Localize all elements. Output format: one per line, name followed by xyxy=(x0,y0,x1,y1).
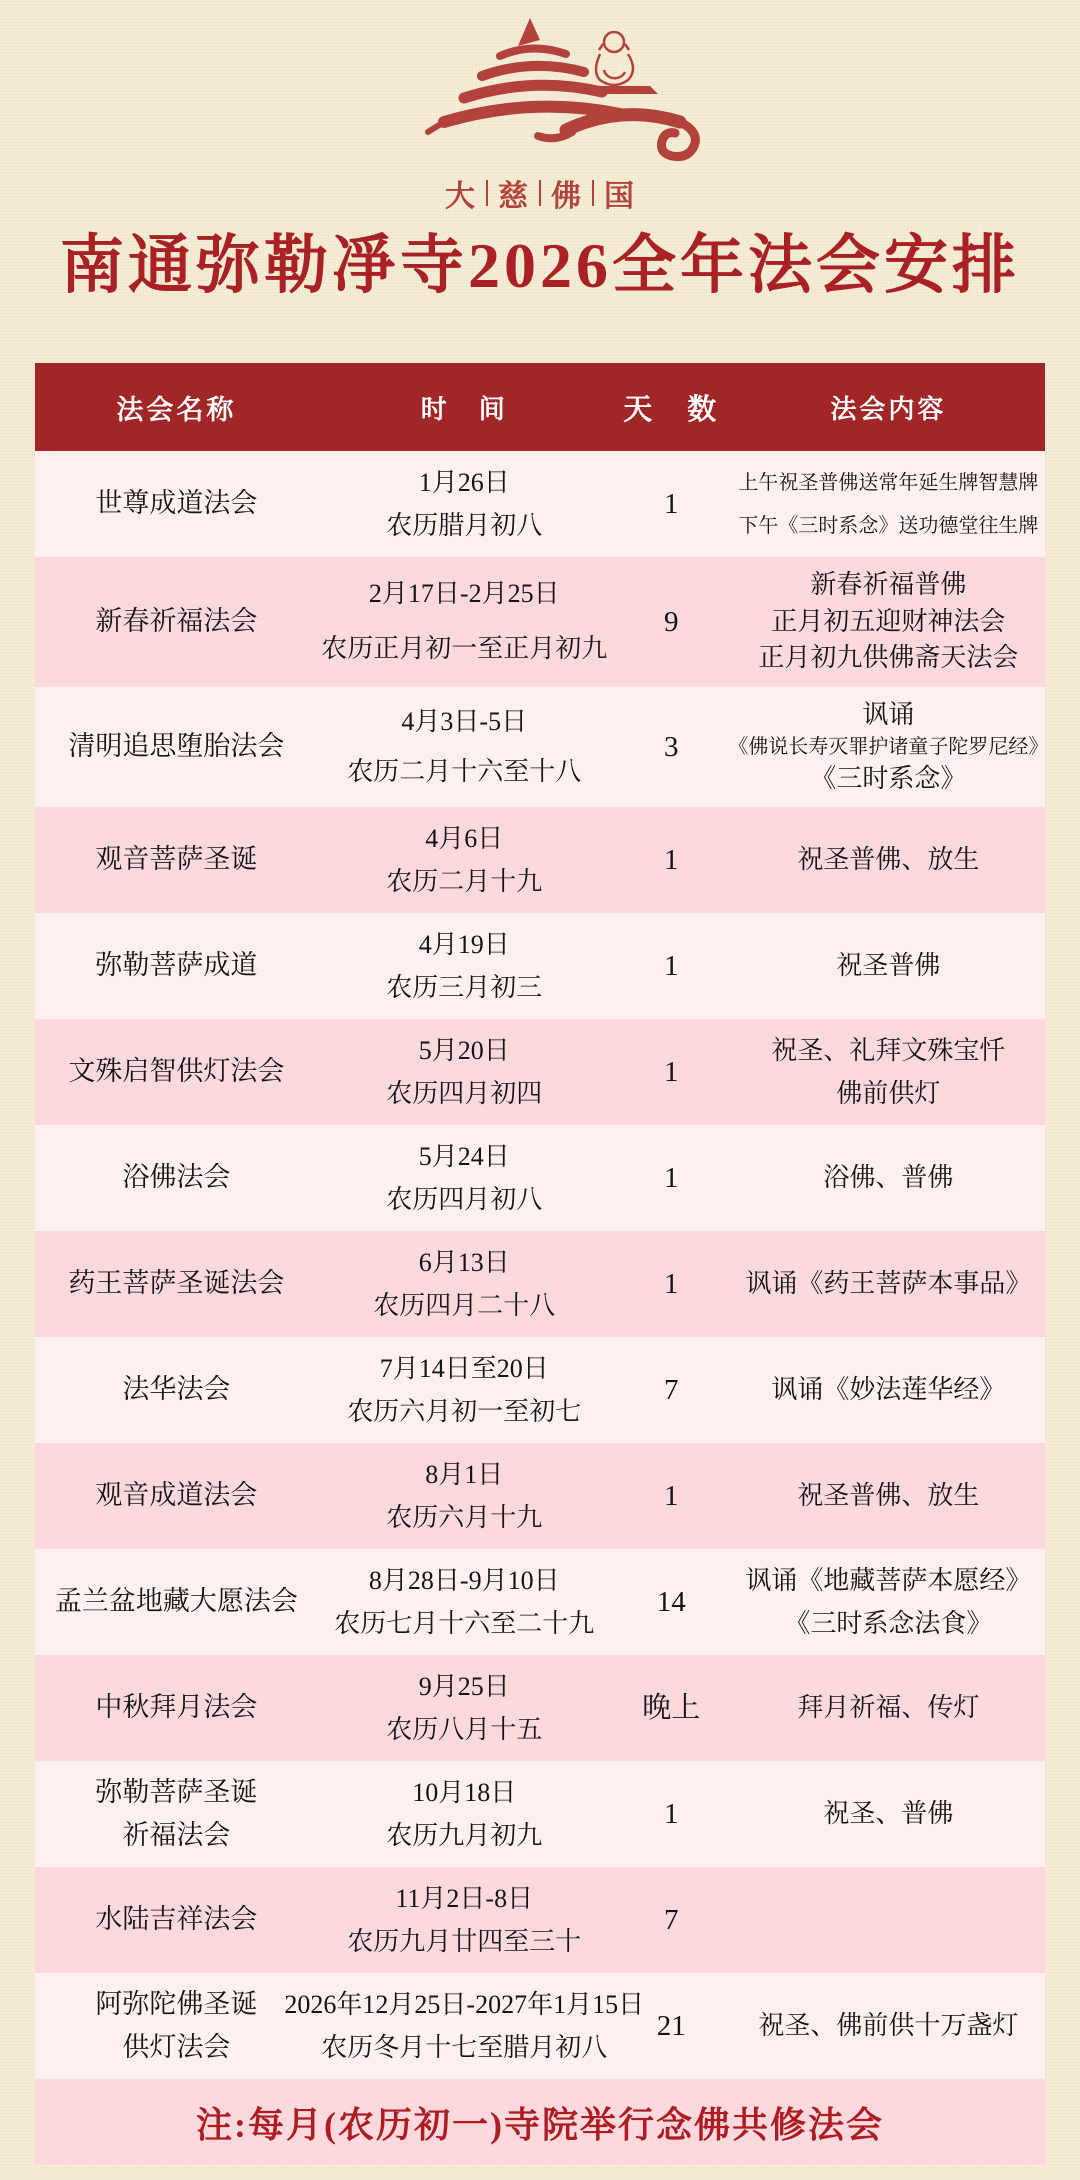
event-content-cell: 祝圣普佛 xyxy=(732,913,1045,1019)
schedule-table-body: 世尊成道法会1月26日农历腊月初八1上午祝圣普佛送常年延生牌智慧牌下午《三时系念… xyxy=(35,451,1045,2079)
event-content-cell-line: 上午祝圣普佛送常年延生牌智慧牌 xyxy=(738,469,1038,497)
logo-char: 佛 xyxy=(551,171,582,215)
table-row: 弥勒菩萨圣诞祈福法会10月18日农历九月初九1祝圣、普佛 xyxy=(35,1761,1045,1867)
event-name-cell-line: 药王菩萨圣诞法会 xyxy=(68,1265,284,1303)
header-days: 天 数 xyxy=(611,387,732,428)
event-name-cell-line: 弥勒菩萨成道 xyxy=(95,947,257,985)
event-time-cell-line: 11月2日-8日 xyxy=(395,1881,533,1917)
event-name-cell: 弥勒菩萨成道 xyxy=(35,913,318,1019)
event-content-cell-line: 《佛说长寿灭罪护诸童子陀罗尼经》 xyxy=(728,733,1048,761)
logo-divider xyxy=(539,180,541,206)
event-days-cell-line: 9 xyxy=(664,602,679,643)
event-name-cell: 文殊启智供灯法会 xyxy=(35,1019,318,1125)
table-row: 中秋拜月法会9月25日农历八月十五晚上拜月祈福、传灯 xyxy=(35,1655,1045,1761)
event-time-cell-line: 农历九月初九 xyxy=(386,1818,542,1854)
event-content-cell: 讽诵《地藏菩萨本愿经》《三时系念法食》 xyxy=(732,1549,1045,1655)
event-days-cell-line: 1 xyxy=(664,1476,679,1517)
event-time-cell-line: 5月24日 xyxy=(419,1139,510,1175)
event-days-cell-line: 7 xyxy=(664,1900,679,1941)
event-name-cell-line: 孟兰盆地藏大愿法会 xyxy=(55,1583,298,1621)
event-days-cell: 1 xyxy=(611,1019,732,1125)
event-name-cell-line: 祈福法会 xyxy=(122,1817,230,1855)
event-name-cell-line: 世尊成道法会 xyxy=(95,485,257,523)
table-row: 水陆吉祥法会11月2日-8日农历九月廿四至三十7 xyxy=(35,1867,1045,1973)
event-time-cell-line: 9月25日 xyxy=(419,1669,510,1705)
table-row: 清明追思堕胎法会4月3日-5日农历二月十六至十八3讽诵《佛说长寿灭罪护诸童子陀罗… xyxy=(35,687,1045,808)
event-content-cell-line: 祝圣普佛、放生 xyxy=(797,842,979,878)
event-content-cell: 祝圣、普佛 xyxy=(732,1761,1045,1867)
event-name-cell-line: 法华法会 xyxy=(122,1371,230,1409)
event-name-cell-line: 弥勒菩萨圣诞 xyxy=(95,1774,257,1812)
event-name-cell: 世尊成道法会 xyxy=(35,451,318,557)
event-time-cell-line: 农历冬月十七至腊月初八 xyxy=(321,2030,607,2066)
table-row: 文殊启智供灯法会5月20日农历四月初四1祝圣、礼拜文殊宝忏佛前供灯 xyxy=(35,1019,1045,1125)
table-row: 观音成道法会8月1日农历六月十九1祝圣普佛、放生 xyxy=(35,1443,1045,1549)
event-name-cell-line: 新春祈福法会 xyxy=(95,603,257,641)
event-days-cell-line: 1 xyxy=(664,946,679,987)
event-days-cell: 7 xyxy=(611,1337,732,1443)
logo-char: 慈 xyxy=(498,171,529,215)
event-name-cell: 新春祈福法会 xyxy=(35,557,318,686)
event-name-cell: 中秋拜月法会 xyxy=(35,1655,318,1761)
footer-note: 注:每月(农历初一)寺院举行念佛共修法会 xyxy=(35,2079,1045,2165)
event-time-cell-line: 农历二月十九 xyxy=(386,864,542,900)
event-content-cell-line: 祝圣普佛 xyxy=(836,948,940,984)
event-time-cell-line: 农历九月廿四至三十 xyxy=(347,1924,581,1960)
event-time-cell: 6月13日农历四月二十八 xyxy=(318,1231,611,1337)
event-time-cell: 2026年12月25日-2027年1月15日农历冬月十七至腊月初八 xyxy=(318,1973,611,2079)
event-name-cell-line: 文殊启智供灯法会 xyxy=(68,1053,284,1091)
table-header-row: 法会名称 时 间 天 数 法会内容 xyxy=(35,363,1045,451)
event-content-cell-line: 正月初九供佛斋天法会 xyxy=(758,640,1018,676)
event-days-cell-line: 7 xyxy=(664,1370,679,1411)
event-days-cell-line: 晚上 xyxy=(642,1688,700,1729)
event-days-cell: 1 xyxy=(611,1761,732,1867)
table-row: 新春祈福法会2月17日-2月25日农历正月初一至正月初九9新春祈福普佛正月初五迎… xyxy=(35,557,1045,686)
event-name-cell-line: 水陆吉祥法会 xyxy=(95,1901,257,1939)
event-name-cell: 孟兰盆地藏大愿法会 xyxy=(35,1549,318,1655)
temple-logo: 大 慈 佛 国 xyxy=(350,14,730,215)
event-time-cell-line: 农历六月十九 xyxy=(386,1500,542,1536)
event-days-cell-line: 1 xyxy=(664,1052,679,1093)
event-days-cell: 1 xyxy=(611,913,732,1019)
event-time-cell-line: 农历腊月初八 xyxy=(386,508,542,544)
header-content: 法会内容 xyxy=(732,389,1045,426)
event-time-cell: 8月1日农历六月十九 xyxy=(318,1443,611,1549)
event-content-cell: 讽诵《药王菩萨本事品》 xyxy=(732,1231,1045,1337)
event-time-cell-line: 4月3日-5日 xyxy=(401,704,527,740)
event-time-cell-line: 10月18日 xyxy=(412,1775,516,1811)
temple-logo-graphic xyxy=(360,14,720,172)
event-name-cell-line: 清明追思堕胎法会 xyxy=(68,728,284,766)
event-days-cell: 3 xyxy=(611,687,732,808)
event-content-cell-line: 新春祈福普佛 xyxy=(810,567,966,603)
event-time-cell: 7月14日至20日农历六月初一至初七 xyxy=(318,1337,611,1443)
event-name-cell: 药王菩萨圣诞法会 xyxy=(35,1231,318,1337)
event-days-cell-line: 3 xyxy=(664,727,679,768)
event-days-cell-line: 21 xyxy=(657,2006,686,2047)
table-row: 药王菩萨圣诞法会6月13日农历四月二十八1讽诵《药王菩萨本事品》 xyxy=(35,1231,1045,1337)
event-days-cell-line: 1 xyxy=(664,484,679,525)
event-name-cell: 观音成道法会 xyxy=(35,1443,318,1549)
table-row: 阿弥陀佛圣诞供灯法会2026年12月25日-2027年1月15日农历冬月十七至腊… xyxy=(35,1973,1045,2079)
event-days-cell: 7 xyxy=(611,1867,732,1973)
event-content-cell-line: 下午《三时系念》送功德堂往生牌 xyxy=(738,512,1038,540)
event-time-cell-line: 5月20日 xyxy=(419,1033,510,1069)
event-days-cell: 1 xyxy=(611,1443,732,1549)
poster-page: { "colors": { "background": "#f3ead2", "… xyxy=(0,0,1080,2180)
event-name-cell-line: 浴佛法会 xyxy=(122,1159,230,1197)
table-row: 孟兰盆地藏大愿法会8月28日-9月10日农历七月十六至二十九14讽诵《地藏菩萨本… xyxy=(35,1549,1045,1655)
event-name-cell: 水陆吉祥法会 xyxy=(35,1867,318,1973)
event-time-cell: 5月24日农历四月初八 xyxy=(318,1125,611,1231)
event-time-cell-line: 农历四月二十八 xyxy=(373,1288,555,1324)
event-time-cell: 8月28日-9月10日农历七月十六至二十九 xyxy=(318,1549,611,1655)
logo-divider xyxy=(592,180,594,206)
event-time-cell: 1月26日农历腊月初八 xyxy=(318,451,611,557)
event-time-cell-line: 4月19日 xyxy=(419,927,510,963)
event-days-cell: 1 xyxy=(611,1231,732,1337)
event-content-cell: 祝圣、佛前供十万盏灯 xyxy=(732,1973,1045,2079)
event-content-cell: 祝圣普佛、放生 xyxy=(732,1443,1045,1549)
event-days-cell: 晚上 xyxy=(611,1655,732,1761)
event-time-cell-line: 农历三月初三 xyxy=(386,970,542,1006)
event-content-cell-line: 祝圣、礼拜文殊宝忏 xyxy=(771,1033,1005,1069)
event-content-cell-line: 正月初五迎财神法会 xyxy=(771,604,1005,640)
event-content-cell xyxy=(732,1867,1045,1973)
event-content-cell-line: 讽诵《地藏菩萨本愿经》 xyxy=(745,1563,1031,1599)
table-row: 观音菩萨圣诞4月6日农历二月十九1祝圣普佛、放生 xyxy=(35,807,1045,913)
event-content-cell: 祝圣、礼拜文殊宝忏佛前供灯 xyxy=(732,1019,1045,1125)
event-time-cell: 4月6日农历二月十九 xyxy=(318,807,611,913)
event-name-cell-line: 中秋拜月法会 xyxy=(95,1689,257,1727)
schedule-table: 法会名称 时 间 天 数 法会内容 世尊成道法会1月26日农历腊月初八1上午祝圣… xyxy=(35,363,1045,2079)
event-name-cell-line: 观音菩萨圣诞 xyxy=(95,841,257,879)
event-content-cell: 新春祈福普佛正月初五迎财神法会正月初九供佛斋天法会 xyxy=(732,557,1045,686)
logo-divider xyxy=(486,180,488,206)
event-days-cell: 1 xyxy=(611,807,732,913)
event-time-cell: 10月18日农历九月初九 xyxy=(318,1761,611,1867)
event-time-cell-line: 8月28日-9月10日 xyxy=(369,1563,560,1599)
table-row: 法华法会7月14日至20日农历六月初一至初七7讽诵《妙法莲华经》 xyxy=(35,1337,1045,1443)
event-content-cell-line: 祝圣普佛、放生 xyxy=(797,1478,979,1514)
event-content-cell-line: 《三时系念》 xyxy=(810,761,966,797)
event-content-cell: 拜月祈福、传灯 xyxy=(732,1655,1045,1761)
event-content-cell: 上午祝圣普佛送常年延生牌智慧牌下午《三时系念》送功德堂往生牌 xyxy=(732,451,1045,557)
event-time-cell: 2月17日-2月25日农历正月初一至正月初九 xyxy=(318,557,611,686)
event-content-cell: 浴佛、普佛 xyxy=(732,1125,1045,1231)
logo-wordmark: 大 慈 佛 国 xyxy=(350,171,730,215)
event-content-cell-line: 讽诵 xyxy=(862,697,914,733)
cloud-icon xyxy=(538,115,695,157)
event-content-cell-line: 《三时系念法食》 xyxy=(784,1606,992,1642)
event-content-cell-line: 讽诵《药王菩萨本事品》 xyxy=(745,1266,1031,1302)
event-time-cell-line: 6月13日 xyxy=(419,1245,510,1281)
event-time-cell-line: 农历四月初八 xyxy=(386,1182,542,1218)
event-name-cell-line: 供灯法会 xyxy=(122,2029,230,2067)
event-name-cell: 阿弥陀佛圣诞供灯法会 xyxy=(35,1973,318,2079)
event-time-cell: 9月25日农历八月十五 xyxy=(318,1655,611,1761)
event-time-cell-line: 农历六月初一至初七 xyxy=(347,1394,581,1430)
event-days-cell: 9 xyxy=(611,557,732,686)
table-row: 浴佛法会5月24日农历四月初八1浴佛、普佛 xyxy=(35,1125,1045,1231)
event-days-cell: 1 xyxy=(611,451,732,557)
event-name-cell: 浴佛法会 xyxy=(35,1125,318,1231)
event-days-cell-line: 1 xyxy=(664,1794,679,1835)
event-days-cell-line: 1 xyxy=(664,1264,679,1305)
event-content-cell-line: 讽诵《妙法莲华经》 xyxy=(771,1372,1005,1408)
event-time-cell: 11月2日-8日农历九月廿四至三十 xyxy=(318,1867,611,1973)
event-time-cell-line: 农历正月初一至正月初九 xyxy=(321,631,607,667)
event-time-cell-line: 1月26日 xyxy=(419,465,510,501)
event-name-cell: 清明追思堕胎法会 xyxy=(35,687,318,808)
event-time-cell-line: 农历四月初四 xyxy=(386,1076,542,1112)
event-time-cell-line: 农历七月十六至二十九 xyxy=(334,1606,594,1642)
event-name-cell-line: 观音成道法会 xyxy=(95,1477,257,1515)
event-content-cell: 讽诵《妙法莲华经》 xyxy=(732,1337,1045,1443)
event-time-cell-line: 4月6日 xyxy=(425,821,503,857)
event-name-cell: 法华法会 xyxy=(35,1337,318,1443)
event-time-cell: 4月3日-5日农历二月十六至十八 xyxy=(318,687,611,808)
header-event-name: 法会名称 xyxy=(35,388,318,427)
event-days-cell-line: 1 xyxy=(664,840,679,881)
event-content-cell-line: 祝圣、佛前供十万盏灯 xyxy=(758,2008,1018,2044)
event-time-cell: 5月20日农历四月初四 xyxy=(318,1019,611,1125)
event-days-cell-line: 14 xyxy=(657,1582,686,1623)
event-time-cell-line: 2月17日-2月25日 xyxy=(369,576,560,612)
event-days-cell: 1 xyxy=(611,1125,732,1231)
header-time: 时 间 xyxy=(318,389,611,426)
event-name-cell: 观音菩萨圣诞 xyxy=(35,807,318,913)
event-time-cell-line: 农历八月十五 xyxy=(386,1712,542,1748)
event-time-cell-line: 7月14日至20日 xyxy=(380,1351,549,1387)
table-row: 世尊成道法会1月26日农历腊月初八1上午祝圣普佛送常年延生牌智慧牌下午《三时系念… xyxy=(35,451,1045,557)
event-days-cell: 21 xyxy=(611,1973,732,2079)
event-content-cell-line: 佛前供灯 xyxy=(836,1076,940,1112)
event-content-cell-line: 祝圣、普佛 xyxy=(823,1796,953,1832)
logo-char: 国 xyxy=(604,171,635,215)
event-time-cell-line: 农历二月十六至十八 xyxy=(347,754,581,790)
event-time-cell-line: 2026年12月25日-2027年1月15日 xyxy=(284,1987,644,2023)
table-row: 弥勒菩萨成道4月19日农历三月初三1祝圣普佛 xyxy=(35,913,1045,1019)
event-name-cell-line: 阿弥陀佛圣诞 xyxy=(95,1986,257,2024)
event-content-cell-line: 拜月祈福、传灯 xyxy=(797,1690,979,1726)
event-name-cell: 弥勒菩萨圣诞祈福法会 xyxy=(35,1761,318,1867)
event-time-cell: 4月19日农历三月初三 xyxy=(318,913,611,1019)
event-content-cell: 祝圣普佛、放生 xyxy=(732,807,1045,913)
event-days-cell-line: 1 xyxy=(664,1158,679,1199)
event-time-cell-line: 8月1日 xyxy=(425,1457,503,1493)
event-days-cell: 14 xyxy=(611,1549,732,1655)
event-content-cell: 讽诵《佛说长寿灭罪护诸童子陀罗尼经》《三时系念》 xyxy=(732,687,1045,808)
page-title: 南通弥勒凈寺2026全年法会安排 xyxy=(0,231,1080,301)
event-content-cell-line: 浴佛、普佛 xyxy=(823,1160,953,1196)
logo-char: 大 xyxy=(445,171,476,215)
